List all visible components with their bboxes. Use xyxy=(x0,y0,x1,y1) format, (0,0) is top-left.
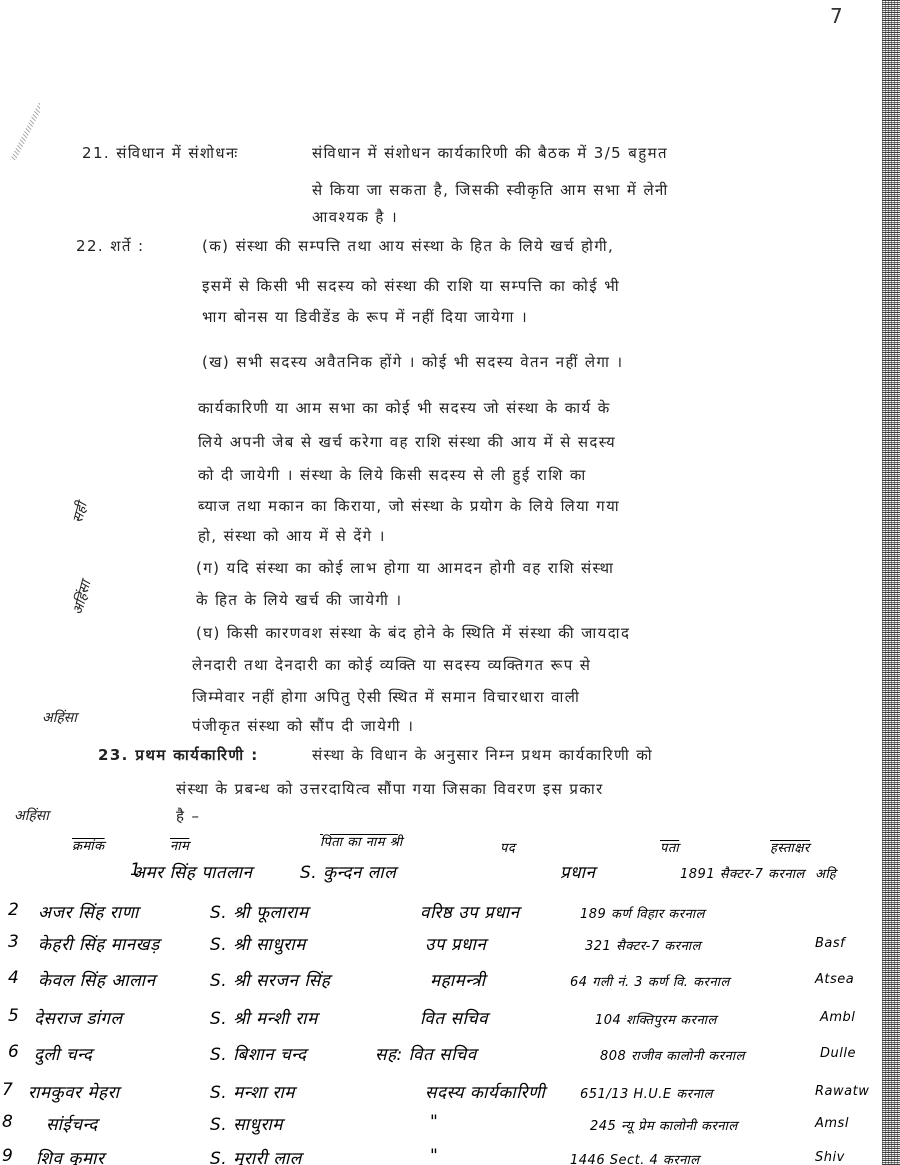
cell-post: उप प्रधान xyxy=(425,932,486,955)
section-22-para: को दी जायेगी । संस्था के लिये किसी सदस्य… xyxy=(198,465,587,485)
scan-speckle xyxy=(10,100,40,160)
cell-no: 7 xyxy=(2,1080,13,1100)
section-23-label: 23. प्रथम कार्यकारिणी : xyxy=(98,745,259,765)
cell-father: S. श्री साधुराम xyxy=(210,932,306,955)
cell-name: रामकुवर मेहरा xyxy=(28,1080,119,1103)
cell-name: सांईचन्द xyxy=(46,1112,98,1135)
cell-no: 5 xyxy=(8,1006,19,1026)
page-number: 7 xyxy=(830,4,843,28)
section-21-label: 21. संविधान में संशोधनः xyxy=(82,143,239,163)
cell-name: केवल सिंह आलान xyxy=(38,968,156,991)
cell-sign: Dulle xyxy=(820,1046,856,1061)
table-header-father: पिता का नाम श्री xyxy=(320,832,403,850)
cell-father: S. कुन्दन लाल xyxy=(300,860,396,883)
section-22-kha: (ख) सभी सदस्य अवैतनिक होंगे । कोई भी सदस… xyxy=(202,352,623,372)
cell-post: महामन्त्री xyxy=(430,968,486,991)
cell-post: " xyxy=(430,1146,438,1165)
section-22-gha: (घ) किसी कारणवश संस्था के बंद होने के स्… xyxy=(196,623,630,643)
cell-name: शिव कुमार xyxy=(36,1146,104,1165)
cell-address: 1446 Sect. 4 करनाल xyxy=(570,1150,700,1165)
cell-no: 4 xyxy=(8,968,19,988)
cell-sign: Shiv xyxy=(815,1150,845,1165)
cell-sign: Atsea xyxy=(815,972,854,987)
cell-post: सह: वित सचिव xyxy=(375,1042,477,1065)
cell-father: S. साधुराम xyxy=(210,1112,283,1135)
table-header-post: पद xyxy=(500,838,515,856)
cell-name: अमर सिंह पातलान xyxy=(132,860,252,883)
section-22-para: लिये अपनी जेब से खर्च करेगा वह राशि संस्… xyxy=(198,432,616,452)
cell-sign: Rawatw xyxy=(815,1084,869,1099)
section-22-para: ब्याज तथा मकान का किराया, जो संस्था के प… xyxy=(198,496,620,516)
section-22-label: 22. शर्ते : xyxy=(76,236,144,256)
scan-edge-strip xyxy=(882,0,900,1165)
cell-no: 8 xyxy=(2,1112,13,1132)
cell-post: प्रधान xyxy=(560,860,595,883)
section-22-para: हो, संस्था को आय में से देंगे । xyxy=(198,526,386,546)
margin-signature: सही xyxy=(68,500,92,525)
section-23-line: संस्था के विधान के अनुसार निम्न प्रथम का… xyxy=(312,745,653,765)
cell-address: 321 सैक्टर-7 करनाल xyxy=(585,936,701,954)
section-22-ka: भाग बोनस या डिवीडेंड के रूप में नहीं दिय… xyxy=(202,307,528,327)
section-21-line: संविधान में संशोधन कार्यकारिणी की बैठक म… xyxy=(312,143,668,163)
cell-name: अजर सिंह राणा xyxy=(38,900,139,923)
section-23-line: संस्था के प्रबन्ध को उत्तरदायित्व सौंपा … xyxy=(176,779,604,799)
cell-father: S. श्री सरजन सिंह xyxy=(210,968,330,991)
cell-name: देसराज डांगल xyxy=(34,1006,123,1029)
cell-post: वरिष्ठ उप प्रधान xyxy=(420,900,520,923)
cell-post: सदस्य कार्यकारिणी xyxy=(425,1080,545,1103)
cell-post: " xyxy=(430,1112,438,1132)
cell-address: 64 गली नं. 3 कर्ण वि. करनाल xyxy=(570,972,730,990)
margin-signature: अहिंसा xyxy=(42,708,77,727)
cell-no: 2 xyxy=(8,900,19,920)
cell-father: S. मुरारी लाल xyxy=(210,1146,302,1165)
cell-no: 9 xyxy=(2,1146,13,1165)
margin-signature: अहिंसा xyxy=(14,806,49,825)
section-22-para: कार्यकारिणी या आम सभा का कोई भी सदस्य जो… xyxy=(198,398,611,418)
cell-address: 104 शक्तिपुरम करनाल xyxy=(595,1010,717,1028)
cell-post: वित सचिव xyxy=(420,1006,488,1029)
cell-no: 6 xyxy=(8,1042,19,1062)
section-22-gha: जिम्मेवार नहीं होगा अपितु ऐसी स्थित में … xyxy=(192,687,580,707)
cell-address: 245 न्यू प्रेम कालोनी करनाल xyxy=(590,1116,738,1134)
cell-address: 189 कर्ण विहार करनाल xyxy=(580,904,705,922)
section-23-line: है – xyxy=(176,806,200,826)
cell-address: 651/13 H.U.E करनाल xyxy=(580,1084,713,1102)
cell-sign: Amsl xyxy=(815,1116,849,1131)
cell-father: S. बिशान चन्द xyxy=(210,1042,307,1065)
table-header-name: नाम xyxy=(170,836,189,854)
section-22-gha: लेनदारी तथा देनदारी का कोई व्यक्ति या सद… xyxy=(192,655,591,675)
cell-address: 1891 सैक्टर-7 करनाल xyxy=(680,864,805,882)
cell-father: S. मन्शा राम xyxy=(210,1080,295,1103)
cell-sign: अहि xyxy=(815,864,836,882)
section-22-ga: (ग) यदि संस्था का कोई लाभ होगा या आमदन ह… xyxy=(196,558,614,578)
cell-address: 808 राजीव कालोनी करनाल xyxy=(600,1046,745,1064)
cell-name: केहरी सिंह मानखड़ xyxy=(38,932,160,955)
table-header-serial: क्रमांक xyxy=(72,836,105,854)
section-22-gha: पंजीकृत संस्था को सौंप दी जायेगी । xyxy=(192,716,414,736)
table-header-signature: हस्ताक्षर xyxy=(770,838,810,856)
table-header-address: पता xyxy=(660,838,679,856)
cell-father: S. श्री फूलाराम xyxy=(210,900,309,923)
section-22-ka: (क) संस्था की सम्पत्ति तथा आय संस्था के … xyxy=(202,236,614,256)
section-22-ga: के हित के लिये खर्च की जायेगी । xyxy=(196,590,403,610)
section-22-ka: इसमें से किसी भी सदस्य को संस्था की राशि… xyxy=(202,276,620,296)
cell-no: 3 xyxy=(8,932,19,952)
section-21-line: आवश्यक है । xyxy=(312,207,398,227)
cell-sign: Basf xyxy=(815,936,845,951)
section-21-line: से किया जा सकता है, जिसकी स्वीकृति आम सभ… xyxy=(312,180,669,200)
cell-name: दुली चन्द xyxy=(34,1042,92,1065)
cell-father: S. श्री मन्शी राम xyxy=(210,1006,318,1029)
margin-signature: अहिंसा xyxy=(68,578,95,617)
cell-sign: Ambl xyxy=(820,1010,855,1025)
